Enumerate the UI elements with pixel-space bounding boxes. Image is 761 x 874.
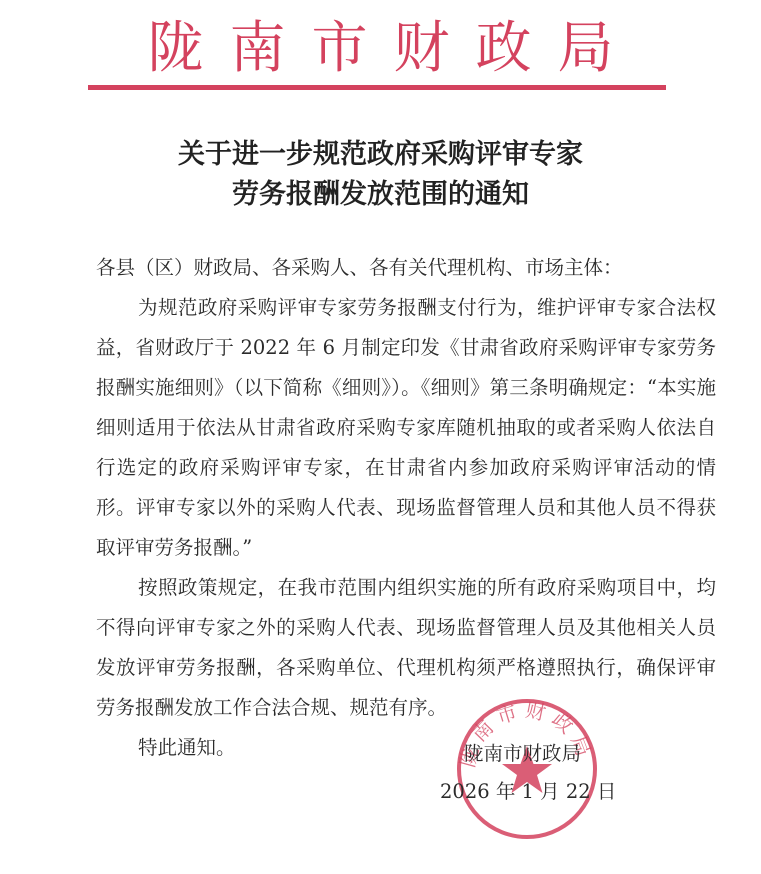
signature-date: 2026 年 1 月 22 日 xyxy=(440,776,616,804)
red-divider xyxy=(88,85,666,90)
salutation: 各县（区）财政局、各采购人、各有关代理机构、市场主体： xyxy=(96,248,716,288)
official-seal: 陇南市财政局 xyxy=(452,694,602,844)
document-title-line2: 劳务报酬发放范围的通知 xyxy=(0,175,761,215)
signature-organization: 陇南市财政局 xyxy=(464,738,581,766)
closing: 特此通知。 xyxy=(96,728,716,768)
paragraph-1: 为规范政府采购评审专家劳务报酬支付行为，维护评审专家合法权益，省财政厅于 202… xyxy=(96,288,716,568)
paragraph-2: 按照政策规定，在我市范围内组织实施的所有政府采购项目中，均不得向评审专家之外的采… xyxy=(96,568,716,728)
agency-header: 陇南市财政局 xyxy=(0,14,761,84)
document-body: 各县（区）财政局、各采购人、各有关代理机构、市场主体： 为规范政府采购评审专家劳… xyxy=(96,248,716,768)
document-title-line1: 关于进一步规范政府采购评审专家 xyxy=(0,135,761,175)
